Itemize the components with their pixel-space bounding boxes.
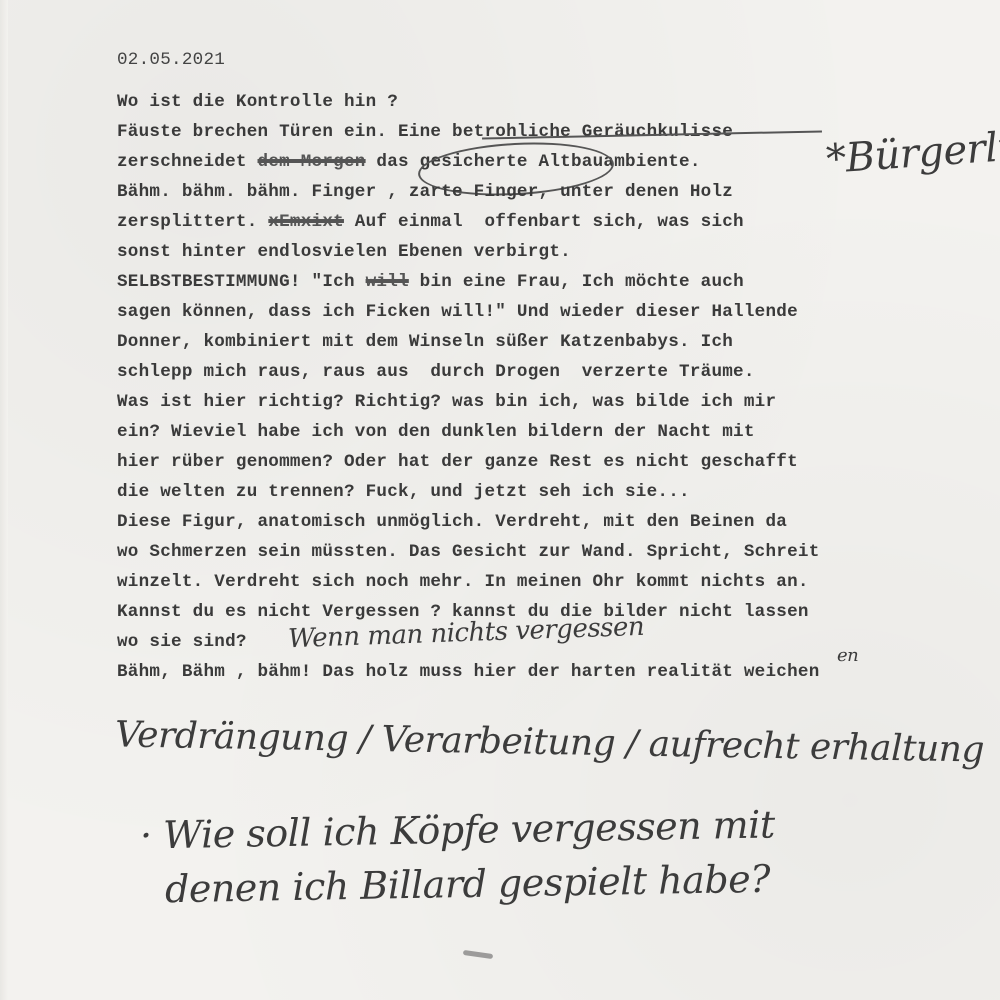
typed-line-6: sonst hinter endlosvielen Ebenen verbirg… [117,242,571,262]
typed-line-1: Wo ist die Kontrolle hin ? [117,92,398,112]
struck-text: dem Morgen [258,152,366,172]
typed-line-7: SELBSTBESTIMMUNG! "Ich will bin eine Fra… [117,272,744,292]
scanned-page: 02.05.2021 Wo ist die Kontrolle hin ? Fä… [0,0,1000,1000]
typed-line-20: Bähm, Bähm , bähm! Das holz muss hier de… [117,662,820,682]
handwritten-note-line-2: · Wie soll ich Köpfe vergessen mit [140,802,775,857]
typed-text: bin eine Frau, Ich möchte auch [409,272,744,292]
handwritten-note-line-3: denen ich Billard gespielt habe? [165,857,771,912]
page-edge [0,0,8,1000]
struck-text: xEmxixt [268,212,344,232]
typed-line-12: ein? Wieviel habe ich von den dunklen bi… [117,422,755,442]
typed-line-15: Diese Figur, anatomisch unmöglich. Verdr… [117,512,787,532]
typed-line-16: wo Schmerzen sein müssten. Das Gesicht z… [117,542,820,562]
superscript-correction: en [837,645,858,666]
typed-line-4: Bähm. bähm. bähm. Finger , zarte Finger,… [117,182,733,202]
handwritten-note-line-1: Verdrängung / Verarbeitung / aufrecht er… [115,714,985,770]
typed-line-17: winzelt. Verdreht sich noch mehr. In mei… [117,572,809,592]
struck-text: will [366,272,409,292]
typed-line-11: Was ist hier richtig? Richtig? was bin i… [117,392,776,412]
typed-text: zersplittert. [117,212,268,232]
typed-text: SELBSTBESTIMMUNG! "Ich [117,272,366,292]
typed-line-19: wo sie sind? [117,632,247,652]
margin-note: *Bürgerliche [825,119,1000,183]
typed-line-14: die welten zu trennen? Fuck, und jetzt s… [117,482,690,502]
typed-line-8: sagen können, dass ich Ficken will!" Und… [117,302,798,322]
document-date: 02.05.2021 [117,50,225,70]
typed-line-13: hier rüber genommen? Oder hat der ganze … [117,452,798,472]
typed-line-5: zersplittert. xEmxixt Auf einmal offenba… [117,212,744,232]
typed-text: zerschneidet [117,152,258,172]
typed-line-10: schlepp mich raus, raus aus durch Drogen… [117,362,755,382]
typed-line-9: Donner, kombiniert mit dem Winseln süßer… [117,332,733,352]
typed-text: Auf einmal offenbart sich, was sich [344,212,744,232]
typed-line-2: Fäuste brechen Türen ein. Eine betrohlic… [117,122,733,142]
ink-smudge [463,950,493,959]
